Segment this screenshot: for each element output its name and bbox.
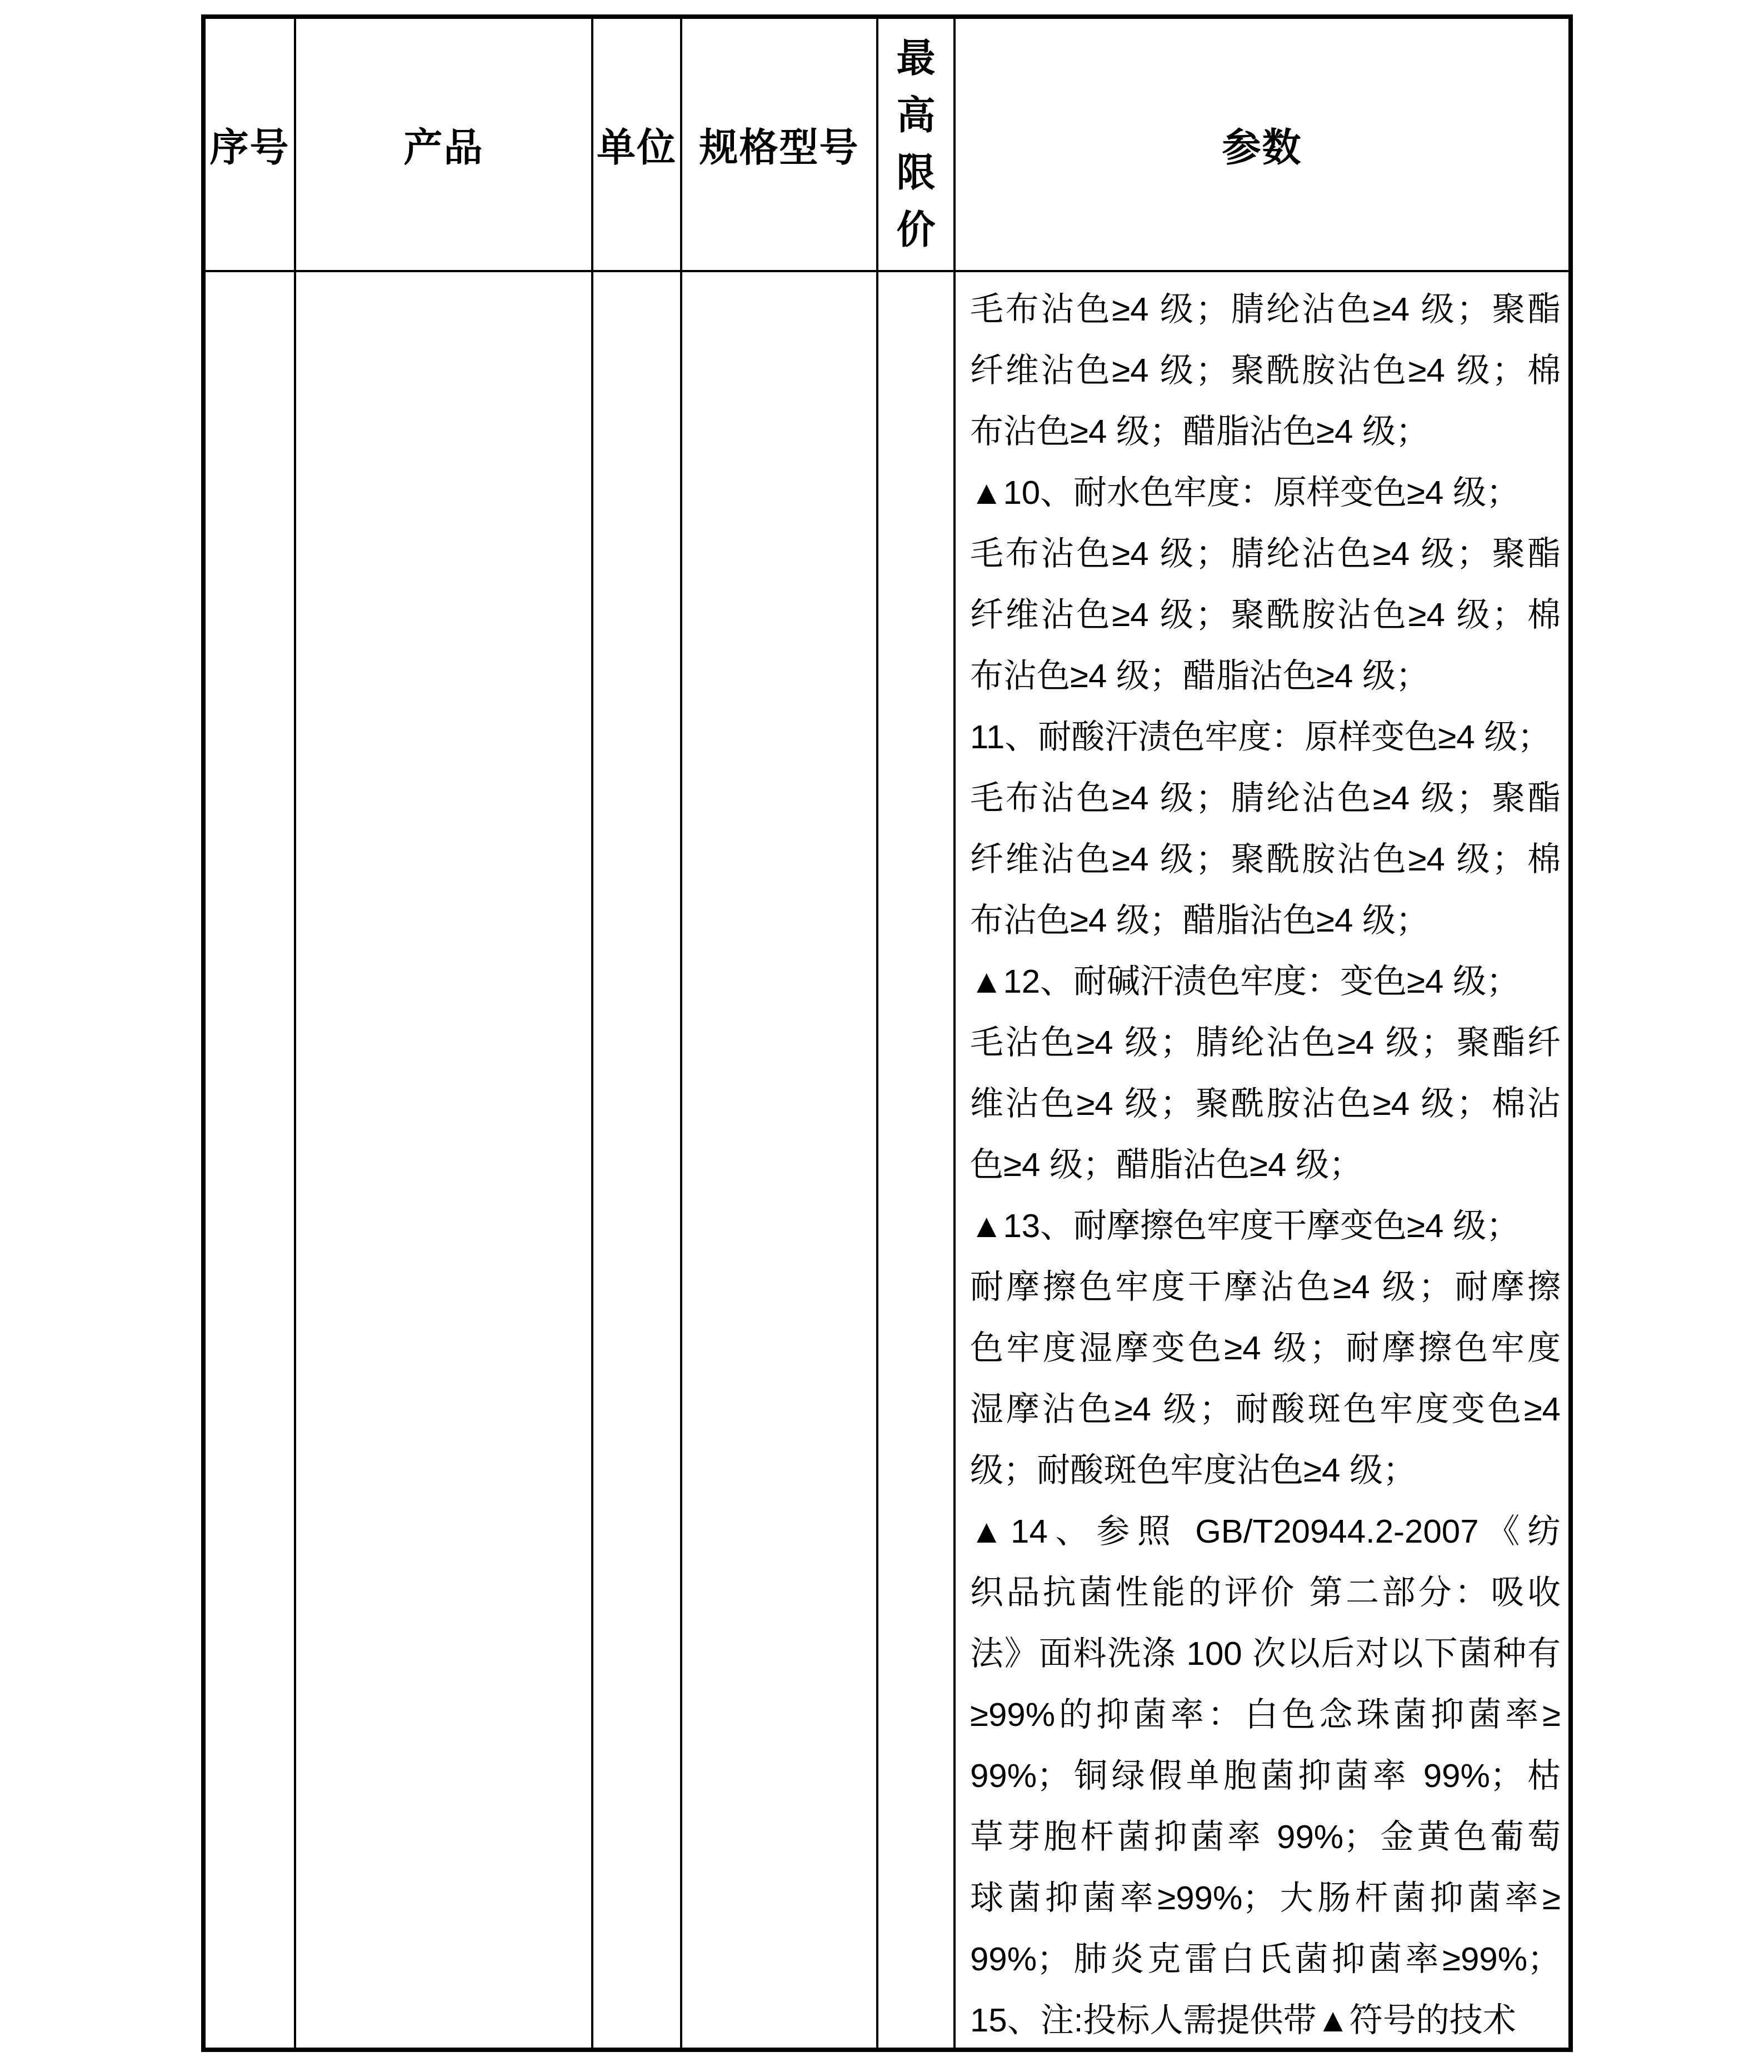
param-line: 纤维沾色≥4 级；聚酰胺沾色≥4 级；棉 [970, 584, 1561, 645]
table-body-row: 毛布沾色≥4 级；腈纶沾色≥4 级；聚酯 纤维沾色≥4 级；聚酰胺沾色≥4 级；… [203, 271, 1571, 2050]
cell-max-price [877, 271, 955, 2050]
document-page: 序号 产品 单位 规格型号 最高限价 参数 [0, 0, 1764, 2072]
param-line: ▲14、参照 GB/T20944.2-2007《纺 [970, 1501, 1561, 1562]
param-line: 毛布沾色≥4 级；腈纶沾色≥4 级；聚酯 [970, 768, 1561, 829]
table-header-row: 序号 产品 单位 规格型号 最高限价 参数 [203, 17, 1571, 271]
cell-spec [681, 271, 877, 2050]
param-line: 级；耐酸斑色牢度沾色≥4 级； [970, 1440, 1561, 1501]
param-line: ≥99%的抑菌率：白色念珠菌抑菌率≥ [970, 1684, 1561, 1745]
param-line: 维沾色≥4 级；聚酰胺沾色≥4 级；棉沾 [970, 1073, 1561, 1134]
param-line: 布沾色≥4 级；醋脂沾色≥4 级； [970, 645, 1561, 707]
param-text-block: 毛布沾色≥4 级；腈纶沾色≥4 级；聚酯 纤维沾色≥4 级；聚酰胺沾色≥4 级；… [956, 272, 1568, 2048]
param-line: 纤维沾色≥4 级；聚酰胺沾色≥4 级；棉 [970, 829, 1561, 890]
param-line: 99%；铜绿假单胞菌抑菌率 99%；枯 [970, 1745, 1561, 1806]
spec-table: 序号 产品 单位 规格型号 最高限价 参数 [201, 14, 1573, 2052]
param-line: 湿摩沾色≥4 级；耐酸斑色牢度变色≥4 [970, 1379, 1561, 1440]
param-line: 布沾色≥4 级；醋脂沾色≥4 级； [970, 890, 1561, 951]
param-line: 15、注:投标人需提供带▲符号的技术 [970, 1990, 1561, 2048]
param-line: 法》面料洗涤 100 次以后对以下菌种有 [970, 1623, 1561, 1684]
param-line: 耐摩擦色牢度干摩沾色≥4 级；耐摩擦 [970, 1257, 1561, 1318]
param-line: 99%；肺炎克雷白氏菌抑菌率≥99%； [970, 1929, 1561, 1990]
param-line: 毛沾色≥4 级；腈纶沾色≥4 级；聚酯纤 [970, 1012, 1561, 1073]
param-line: ▲10、耐水色牢度：原样变色≥4 级； [970, 462, 1561, 523]
param-line: 球菌抑菌率≥99%；大肠杆菌抑菌率≥ [970, 1868, 1561, 1929]
cell-seq [203, 271, 295, 2050]
cell-product [295, 271, 592, 2050]
param-line: 布沾色≥4 级；醋脂沾色≥4 级； [970, 401, 1561, 462]
param-line: ▲13、耐摩擦色牢度干摩变色≥4 级； [970, 1195, 1561, 1257]
cell-params: 毛布沾色≥4 级；腈纶沾色≥4 级；聚酯 纤维沾色≥4 级；聚酰胺沾色≥4 级；… [955, 271, 1571, 2050]
param-line: 草芽胞杆菌抑菌率 99%；金黄色葡萄 [970, 1806, 1561, 1868]
param-line: ▲12、耐碱汗渍色牢度：变色≥4 级； [970, 951, 1561, 1012]
col-header-seq: 序号 [203, 17, 295, 271]
col-header-max-price-label: 最高限价 [895, 30, 937, 259]
col-header-unit: 单位 [592, 17, 681, 271]
param-line: 11、耐酸汗渍色牢度：原样变色≥4 级； [970, 707, 1561, 768]
param-line: 纤维沾色≥4 级；聚酰胺沾色≥4 级；棉 [970, 340, 1561, 401]
param-line: 色牢度湿摩变色≥4 级；耐摩擦色牢度 [970, 1318, 1561, 1379]
col-header-product: 产品 [295, 17, 592, 271]
param-line: 色≥4 级；醋脂沾色≥4 级； [970, 1134, 1561, 1195]
col-header-max-price: 最高限价 [877, 17, 955, 271]
cell-unit [592, 271, 681, 2050]
param-line: 毛布沾色≥4 级；腈纶沾色≥4 级；聚酯 [970, 523, 1561, 584]
param-line: 毛布沾色≥4 级；腈纶沾色≥4 级；聚酯 [970, 279, 1561, 340]
col-header-spec: 规格型号 [681, 17, 877, 271]
param-line: 织品抗菌性能的评价 第二部分：吸收 [970, 1562, 1561, 1623]
col-header-params: 参数 [955, 17, 1571, 271]
